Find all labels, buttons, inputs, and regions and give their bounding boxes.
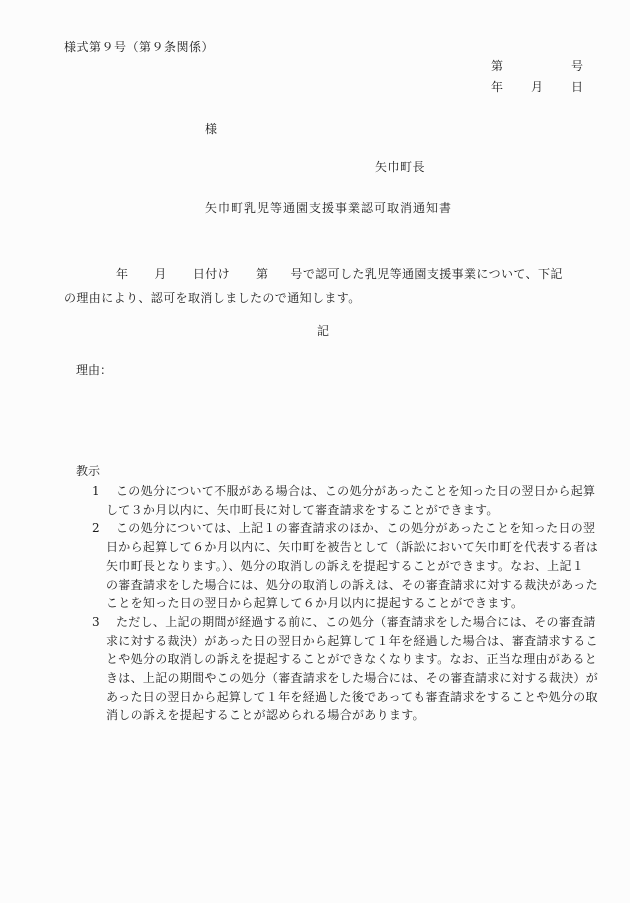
ki-heading: 記 — [317, 322, 329, 339]
instruction-line: 矢巾町長となります。）、処分の取消しの訴えを提起することができます。なお、上記１ — [106, 557, 618, 576]
body-line-1-rest: 号で認可した乳児等通園支援事業について、下記 — [290, 267, 562, 281]
instruction-heading: 教示 — [76, 462, 100, 479]
instruction-line: とや処分の取消しの訴えを提起することができなくなります。なお、正当な理由があると — [106, 650, 618, 669]
instruction-line: あった日の翌日から起算して１年を経過した後であっても審査請求をすることや処分の取 — [106, 688, 618, 707]
instruction-number: 3 — [92, 613, 100, 632]
instruction-number: 1 — [92, 482, 100, 501]
instruction-item-1: 1 この処分について不服がある場合は、この処分があったことを知った日の翌日から起… — [92, 482, 618, 519]
instruction-item-3: 3 ただし、上記の期間が経過する前に、この処分（審査請求をした場合には、その審査… — [92, 613, 618, 725]
notice-body-line-1: 年月日付け第号で認可した乳児等通園支援事業について、下記 — [64, 262, 612, 286]
body-number-prefix: 第 — [256, 267, 268, 281]
instruction-line: この処分については、上記１の審査請求のほか、この処分があったことを知った日の翌 — [116, 519, 618, 538]
date-year: 年 — [491, 78, 503, 95]
document-number-prefix: 第 — [491, 57, 503, 74]
instruction-line: きは、上記の期間やこの処分（審査請求をした場合には、その審査請求に対する裁決）が — [106, 669, 618, 688]
document-title: 矢巾町乳児等通園支援事業認可取消通知書 — [205, 199, 452, 216]
instruction-line: ことを知った日の翌日から起算して６か月以内に提起することができます。 — [106, 594, 618, 613]
instruction-line: 求に対する裁決）があった日の翌日から起算して１年を経過した場合は、審査請求するこ — [106, 632, 618, 651]
body-month: 月 — [154, 267, 166, 281]
instruction-number: 2 — [92, 519, 100, 538]
instruction-line: 消しの訴えを提起することが認められる場合があります。 — [106, 706, 618, 725]
date-month: 月 — [531, 78, 543, 95]
document-number-suffix: 号 — [571, 57, 583, 74]
instruction-item-2: 2 この処分については、上記１の審査請求のほか、この処分があったことを知った日の… — [92, 519, 618, 613]
instruction-line: この処分について不服がある場合は、この処分があったことを知った日の翌日から起算 — [116, 482, 618, 501]
reason-label: 理由： — [76, 361, 112, 378]
date-day: 日 — [571, 78, 583, 95]
instruction-list: 1 この処分について不服がある場合は、この処分があったことを知った日の翌日から起… — [92, 482, 618, 725]
notice-body: 年月日付け第号で認可した乳児等通園支援事業について、下記 の理由により、認可を取… — [64, 262, 612, 310]
form-number: 様式第９号（第９条関係） — [64, 38, 214, 55]
notice-body-line-2: の理由により、認可を取消しましたので通知します。 — [64, 286, 612, 310]
body-year: 年 — [116, 267, 128, 281]
instruction-line: して３か月以内に、矢巾町長に対して審査請求をすることができます。 — [106, 501, 618, 520]
instruction-line: 日から起算して６か月以内に、矢巾町を被告として（訴訟において矢巾町を代表する者は — [106, 538, 618, 557]
issuer: 矢巾町長 — [375, 158, 425, 175]
addressee: 様 — [205, 120, 217, 137]
body-day-dated: 日付け — [193, 267, 230, 281]
instruction-line: ただし、上記の期間が経過する前に、この処分（審査請求をした場合には、その審査請 — [116, 613, 618, 632]
instruction-line: の審査請求をした場合には、処分の取消しの訴えは、その審査請求に対する裁決があった — [106, 576, 618, 595]
